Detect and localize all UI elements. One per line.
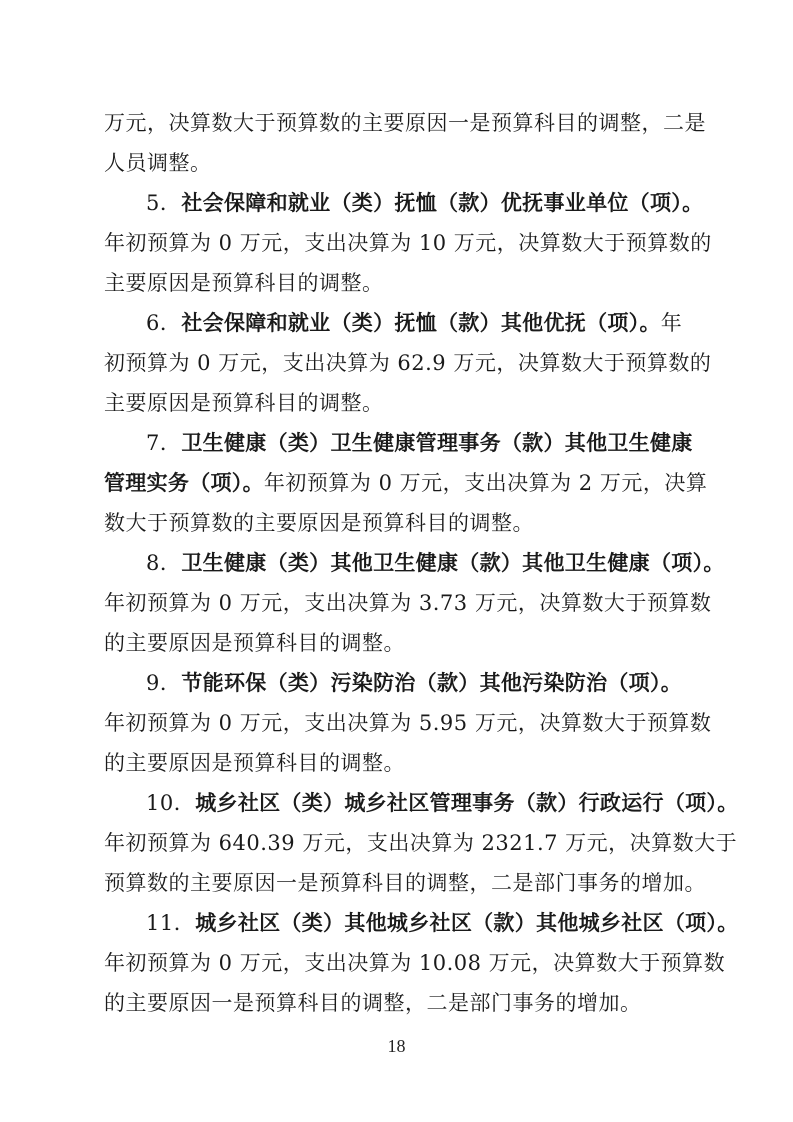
- item-heading: 城乡社区（类）其他城乡社区（款）其他城乡社区（项）。: [195, 911, 738, 935]
- item-number: 7．: [146, 431, 181, 455]
- item-heading: 城乡社区（类）城乡社区管理事务（款）行政运行（项）。: [195, 791, 738, 815]
- item-6-body-line: 主要原因是预算科目的调整。: [104, 383, 694, 423]
- item-body-start: 年初预算为 0 万元，支出决算为 2 万元，决算: [264, 471, 707, 495]
- item-9-body-line: 年初预算为 0 万元，支出决算为 5.95 万元，决算数大于预算数: [104, 703, 694, 743]
- item-9-body-line: 的主要原因是预算科目的调整。: [104, 743, 694, 783]
- item-heading: 卫生健康（类）卫生健康管理事务（款）其他卫生健康: [181, 431, 692, 455]
- item-9-heading: 9．节能环保（类）污染防治（款）其他污染防治（项）。: [146, 663, 694, 703]
- item-5-body-line: 主要原因是预算科目的调整。: [104, 263, 694, 303]
- item-number: 10．: [146, 791, 195, 815]
- item-8-body-line: 的主要原因是预算科目的调整。: [104, 623, 694, 663]
- item-10-body-line: 预算数的主要原因一是预算科目的调整，二是部门事务的增加。: [104, 863, 694, 903]
- item-6-heading: 6．社会保障和就业（类）抚恤（款）其他优抚（项）。年: [146, 303, 694, 343]
- item-number: 9．: [146, 671, 181, 695]
- paragraph-line: 人员调整。: [104, 143, 694, 183]
- item-11-heading: 11．城乡社区（类）其他城乡社区（款）其他城乡社区（项）。: [146, 903, 694, 943]
- item-body-start: 年: [661, 311, 683, 335]
- item-number: 8．: [146, 551, 181, 575]
- item-number: 11．: [146, 911, 195, 935]
- item-heading: 卫生健康（类）其他卫生健康（款）其他卫生健康（项）。: [181, 551, 724, 575]
- item-5-heading: 5．社会保障和就业（类）抚恤（款）优抚事业单位（项）。: [146, 183, 694, 223]
- paragraph-line: 万元，决算数大于预算数的主要原因一是预算科目的调整，二是: [104, 103, 694, 143]
- item-heading: 管理实务（项）。: [104, 471, 264, 495]
- item-heading: 社会保障和就业（类）抚恤（款）优抚事业单位（项）。: [181, 191, 703, 215]
- page-number: 18: [0, 1036, 793, 1057]
- item-11-body-line: 的主要原因一是预算科目的调整，二是部门事务的增加。: [104, 983, 694, 1023]
- item-7-heading-cont: 管理实务（项）。年初预算为 0 万元，支出决算为 2 万元，决算: [104, 463, 694, 503]
- item-5-body-line: 年初预算为 0 万元，支出决算为 10 万元，决算数大于预算数的: [104, 223, 694, 263]
- document-page: 万元，决算数大于预算数的主要原因一是预算科目的调整，二是 人员调整。 5．社会保…: [0, 0, 793, 1122]
- item-7-body-line: 数大于预算数的主要原因是预算科目的调整。: [104, 503, 694, 543]
- item-8-heading: 8．卫生健康（类）其他卫生健康（款）其他卫生健康（项）。: [146, 543, 694, 583]
- item-number: 6．: [146, 311, 181, 335]
- item-11-body-line: 年初预算为 0 万元，支出决算为 10.08 万元，决算数大于预算数: [104, 943, 694, 983]
- item-7-heading: 7．卫生健康（类）卫生健康管理事务（款）其他卫生健康: [146, 423, 694, 463]
- item-number: 5．: [146, 191, 181, 215]
- item-heading: 节能环保（类）污染防治（款）其他污染防治（项）。: [181, 671, 682, 695]
- item-6-body-line: 初预算为 0 万元，支出决算为 62.9 万元，决算数大于预算数的: [104, 343, 694, 383]
- item-heading: 社会保障和就业（类）抚恤（款）其他优抚（项）。: [181, 311, 660, 335]
- item-10-body-line: 年初预算为 640.39 万元，支出决算为 2321.7 万元，决算数大于: [104, 823, 694, 863]
- item-10-heading: 10．城乡社区（类）城乡社区管理事务（款）行政运行（项）。: [146, 783, 694, 823]
- item-8-body-line: 年初预算为 0 万元，支出决算为 3.73 万元，决算数大于预算数: [104, 583, 694, 623]
